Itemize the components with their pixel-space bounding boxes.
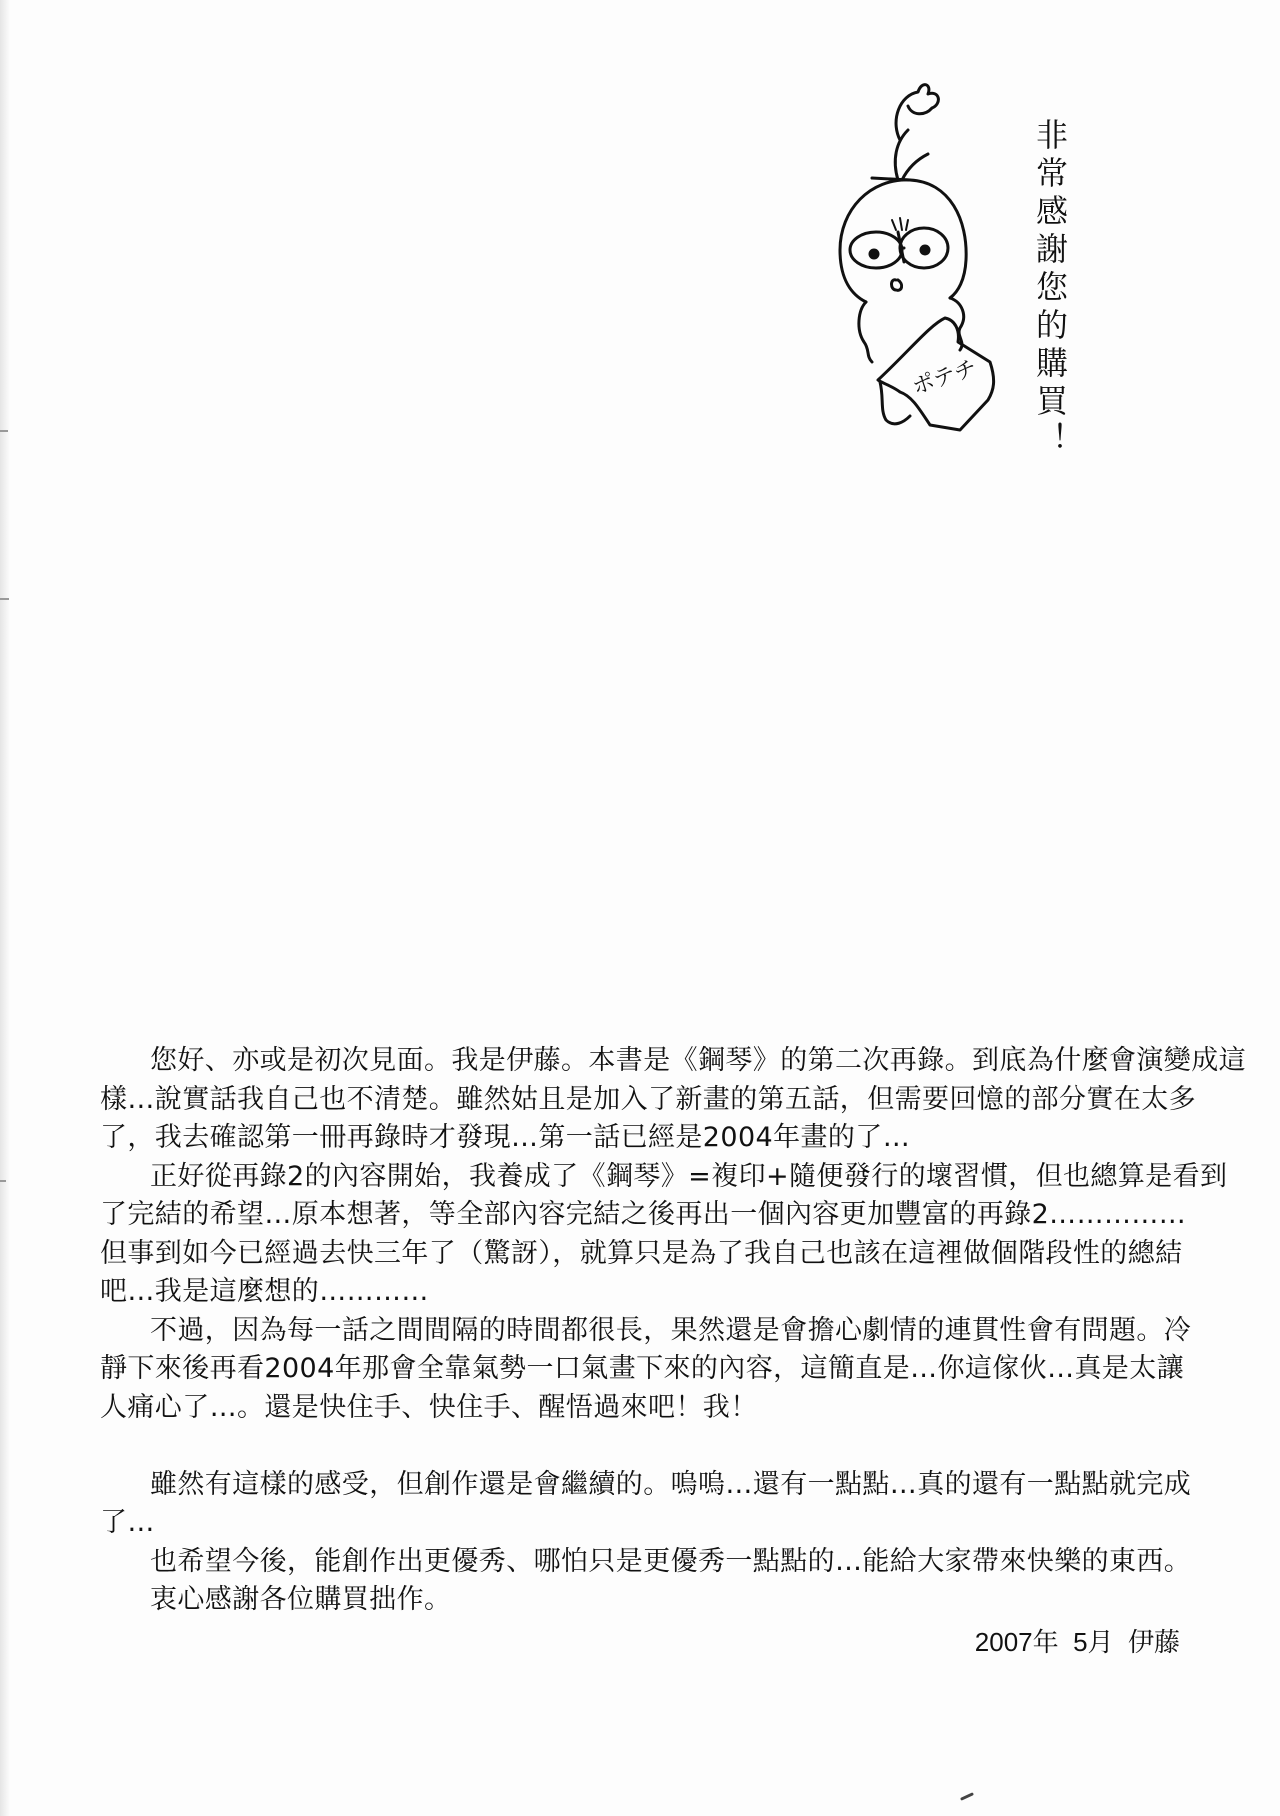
afterword-line: 雖然有這樣的感受，但創作還是會繼續的。嗚嗚…還有一點點…真的還有一點點就完成	[100, 1466, 1180, 1505]
afterword-line: 正好從再錄2的內容開始，我養成了《鋼琴》=複印+隨便發行的壞習慣，但也總算是看到	[100, 1158, 1180, 1197]
vertical-thanks-text: 非常感謝您的購買！	[1030, 118, 1070, 460]
afterword-line: 衷心感謝各位購買拙作。	[100, 1581, 1180, 1620]
scan-speck	[960, 1792, 974, 1801]
afterword-line: 了，我去確認第一冊再錄時才發現…第一話已經是2004年畫的了…	[100, 1119, 1180, 1158]
afterword-line: 靜下來後再看2004年那會全靠氣勢一口氣畫下來的內容，這簡直是…你這傢伙…真是太…	[100, 1350, 1180, 1389]
afterword-line: 樣…說實話我自己也不清楚。雖然姑且是加入了新畫的第五話，但需要回憶的部分實在太多	[100, 1081, 1180, 1120]
scan-artifact	[0, 598, 9, 600]
scan-artifact	[0, 430, 8, 432]
afterword-line: 但事到如今已經過去快三年了（驚訝），就算只是為了我自己也該在這裡做個階段性的總結	[100, 1235, 1180, 1274]
scan-edge-shadow	[0, 0, 10, 1816]
afterword-line: 人痛心了…。還是快住手、快住手、醒悟過來吧！我！	[100, 1389, 1180, 1428]
signature-date-author: 2007年 5月 伊藤	[975, 1622, 1180, 1659]
character-illustration: ポテチ	[800, 80, 1040, 460]
scan-artifact	[0, 1180, 6, 1182]
afterword-line: 也希望今後，能創作出更優秀、哪怕只是更優秀一點點的…能給大家帶來快樂的東西。	[100, 1543, 1180, 1582]
bag-label: ポテチ	[909, 356, 980, 400]
afterword-line: 了…	[100, 1504, 1180, 1543]
afterword-line: 了完結的希望…原本想著，等全部內容完結之後再出一個內容更加豐富的再錄2……………	[100, 1196, 1180, 1235]
afterword-body: 您好、亦或是初次見面。我是伊藤。本書是《鋼琴》的第二次再錄。到底為什麼會演變成這…	[100, 1042, 1180, 1620]
afterword-blank-line	[100, 1427, 1180, 1466]
afterword-line: 不過，因為每一話之間間隔的時間都很長，果然還是會擔心劇情的連貫性會有問題。冷	[100, 1312, 1180, 1351]
afterword-line: 您好、亦或是初次見面。我是伊藤。本書是《鋼琴》的第二次再錄。到底為什麼會演變成這	[100, 1042, 1180, 1081]
afterword-line: 吧…我是這麼想的…………	[100, 1273, 1180, 1312]
